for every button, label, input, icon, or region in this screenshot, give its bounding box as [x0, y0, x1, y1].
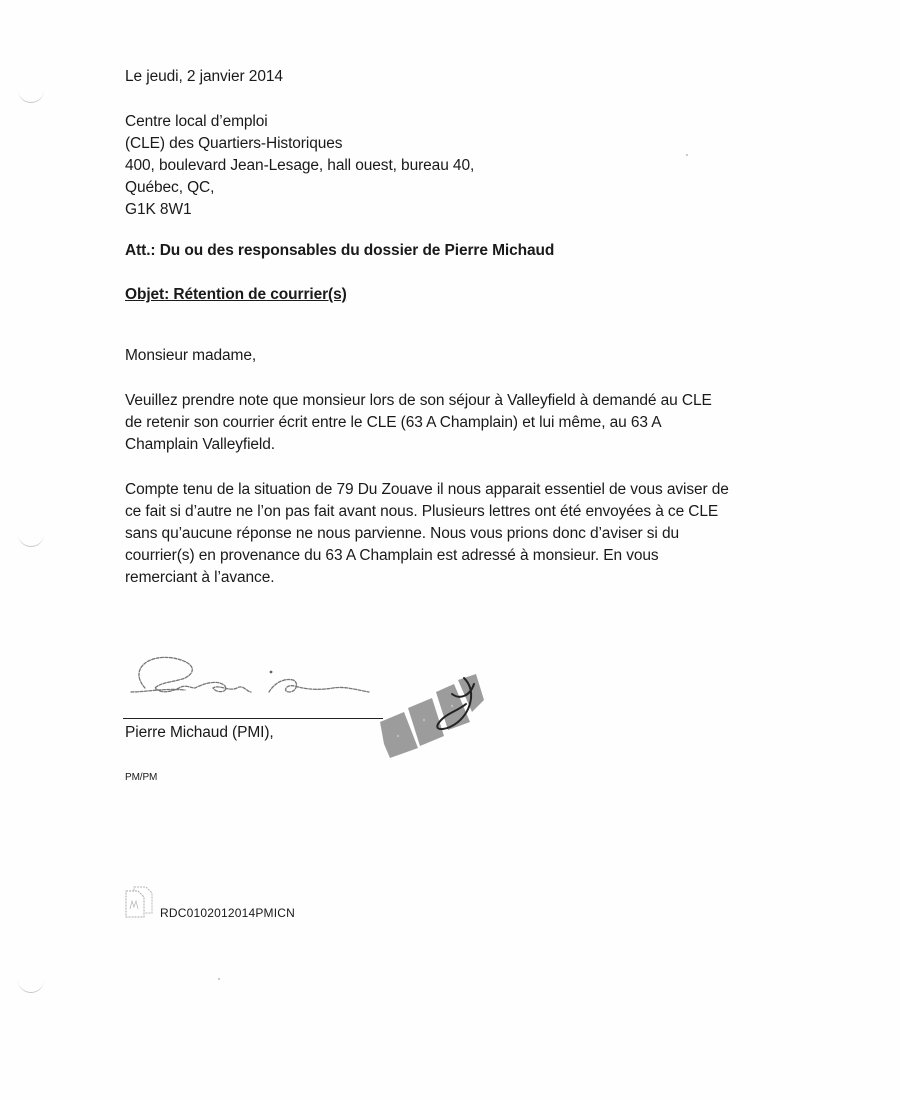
signature-line — [123, 718, 383, 719]
reference-code: RDC0102012014PMICN — [160, 906, 295, 920]
paragraph-line: Veuillez prendre note que monsieur lors … — [125, 390, 712, 411]
address-line: G1K 8W1 — [125, 199, 192, 220]
paragraph-line: remerciant à l’avance. — [125, 567, 274, 588]
attention-line: Att.: Du ou des responsables du dossier … — [125, 240, 554, 261]
hole-punch-mark — [18, 532, 44, 547]
salutation: Monsieur madame, — [125, 345, 256, 366]
address-line: (CLE) des Quartiers-Historiques — [125, 133, 342, 154]
paragraph-line: Champlain Valleyfield. — [125, 434, 275, 455]
address-line: 400, boulevard Jean-Lesage, hall ouest, … — [125, 155, 474, 176]
address-line: Québec, QC, — [125, 177, 214, 198]
typist-initials: PM/PM — [125, 767, 157, 788]
paragraph-line: courrier(s) en provenance du 63 A Champl… — [125, 545, 659, 566]
stamp-seal-icon — [378, 670, 488, 762]
paragraph-line: sans qu’aucune réponse ne nous parvienne… — [125, 523, 679, 544]
scan-speck — [218, 978, 220, 980]
scanned-letter-page: Le jeudi, 2 janvier 2014 Centre local d’… — [0, 0, 900, 1100]
paragraph-line: de retenir son courrier écrit entre le C… — [125, 412, 662, 433]
paragraph-line: ce fait si d’autre ne l’on pas fait avan… — [125, 501, 718, 522]
address-line: Centre local d’emploi — [125, 111, 268, 132]
scan-speck — [686, 154, 688, 156]
hole-punch-mark — [18, 88, 44, 103]
paragraph-line: Compte tenu de la situation de 79 Du Zou… — [125, 479, 729, 500]
hole-punch-mark — [18, 978, 44, 993]
subject-line: Objet: Rétention de courrier(s) — [125, 284, 347, 305]
letter-date: Le jeudi, 2 janvier 2014 — [125, 66, 283, 87]
document-stack-icon — [124, 885, 154, 919]
handwritten-signature — [125, 648, 385, 708]
signatory-name: Pierre Michaud (PMI), — [125, 722, 274, 743]
